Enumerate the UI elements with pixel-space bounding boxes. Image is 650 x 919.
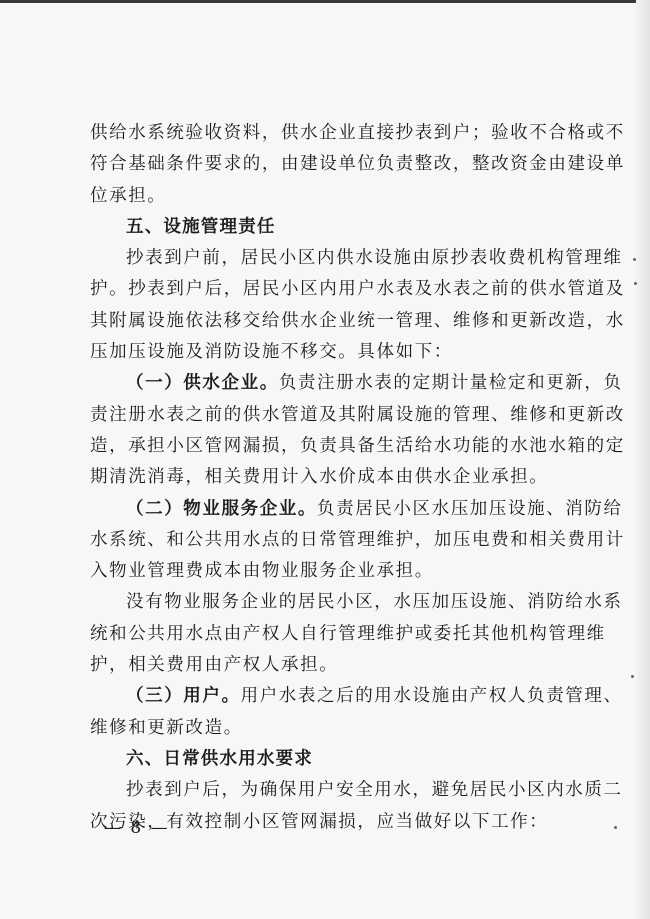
scan-speck: [631, 675, 634, 678]
item-lead: （二）物业服务企业。: [126, 499, 317, 519]
paragraph-line: 供给水系统验收资料，供水企业直接抄表到户；验收不合格或不: [90, 118, 600, 149]
paragraph-line: 压加压设施及消防设施不移交。具体如下：: [90, 337, 600, 368]
paragraph-line: 责注册水表之前的供水管道及其附属设施的管理、维修和更新改: [90, 400, 600, 431]
page-number: — 8 —: [104, 818, 170, 838]
paragraph-line: 抄表到户后，为确保用户安全用水，避免居民小区内水质二: [90, 775, 600, 806]
scan-speck: [633, 258, 636, 261]
paragraph-line: 水系统、和公共用水点的日常管理维护，加压电费和相关费用计: [90, 525, 600, 556]
paragraph-line: 位承担。: [90, 181, 600, 212]
paragraph-line: 入物业管理费成本由物业服务企业承担。: [90, 556, 600, 587]
paragraph-line: 统和公共用水点由产权人自行管理维护或委托其他机构管理维: [90, 619, 600, 650]
paragraph-line: 造，承担小区管网漏损，负责具备生活给水功能的水池水箱的定: [90, 431, 600, 462]
scan-right-shadow: [636, 0, 650, 919]
scan-top-edge: [0, 0, 650, 3]
paragraph-line: 其附属设施依法移交给供水企业统一管理、维修和更新改造，水: [90, 306, 600, 337]
item-water-supply-enterprise: （一）供水企业。负责注册水表的定期计量检定和更新，负: [90, 368, 600, 399]
item-lead: （三）用户。: [126, 686, 241, 706]
item-property-service-enterprise: （二）物业服务企业。负责居民小区水压加压设施、消防给: [90, 494, 600, 525]
section-heading-facility-management: 五、设施管理责任: [90, 212, 600, 243]
document-body: 供给水系统验收资料，供水企业直接抄表到户；验收不合格或不 符合基础条件要求的，由…: [90, 118, 600, 838]
paragraph-line: 护，相关费用由产权人承担。: [90, 650, 600, 681]
section-heading-daily-water-requirements: 六、日常供水用水要求: [90, 744, 600, 775]
paragraph-line: 抄表到户前，居民小区内供水设施由原抄表收费机构管理维: [90, 243, 600, 274]
paragraph-line: 期清洗消毒，相关费用计入水价成本由供水企业承担。: [90, 462, 600, 493]
item-user: （三）用户。用户水表之后的用水设施由产权人负责管理、: [90, 681, 600, 712]
item-text: 用户水表之后的用水设施由产权人负责管理、: [241, 686, 623, 706]
paragraph-line: 维修和更新改造。: [90, 713, 600, 744]
paragraph-line: 没有物业服务企业的居民小区，水压加压设施、消防给水系: [90, 587, 600, 618]
paragraph-line: 护。抄表到户后，居民小区内用户水表及水表之前的供水管道及: [90, 274, 600, 305]
item-text: 负责注册水表的定期计量检定和更新，负: [279, 373, 623, 393]
paragraph-line: 符合基础条件要求的，由建设单位负责整改，整改资金由建设单: [90, 149, 600, 180]
item-lead: （一）供水企业。: [126, 373, 279, 393]
scan-speck: [634, 282, 637, 285]
item-text: 负责居民小区水压加压设施、消防给: [317, 499, 623, 519]
scan-speck: [614, 826, 617, 829]
